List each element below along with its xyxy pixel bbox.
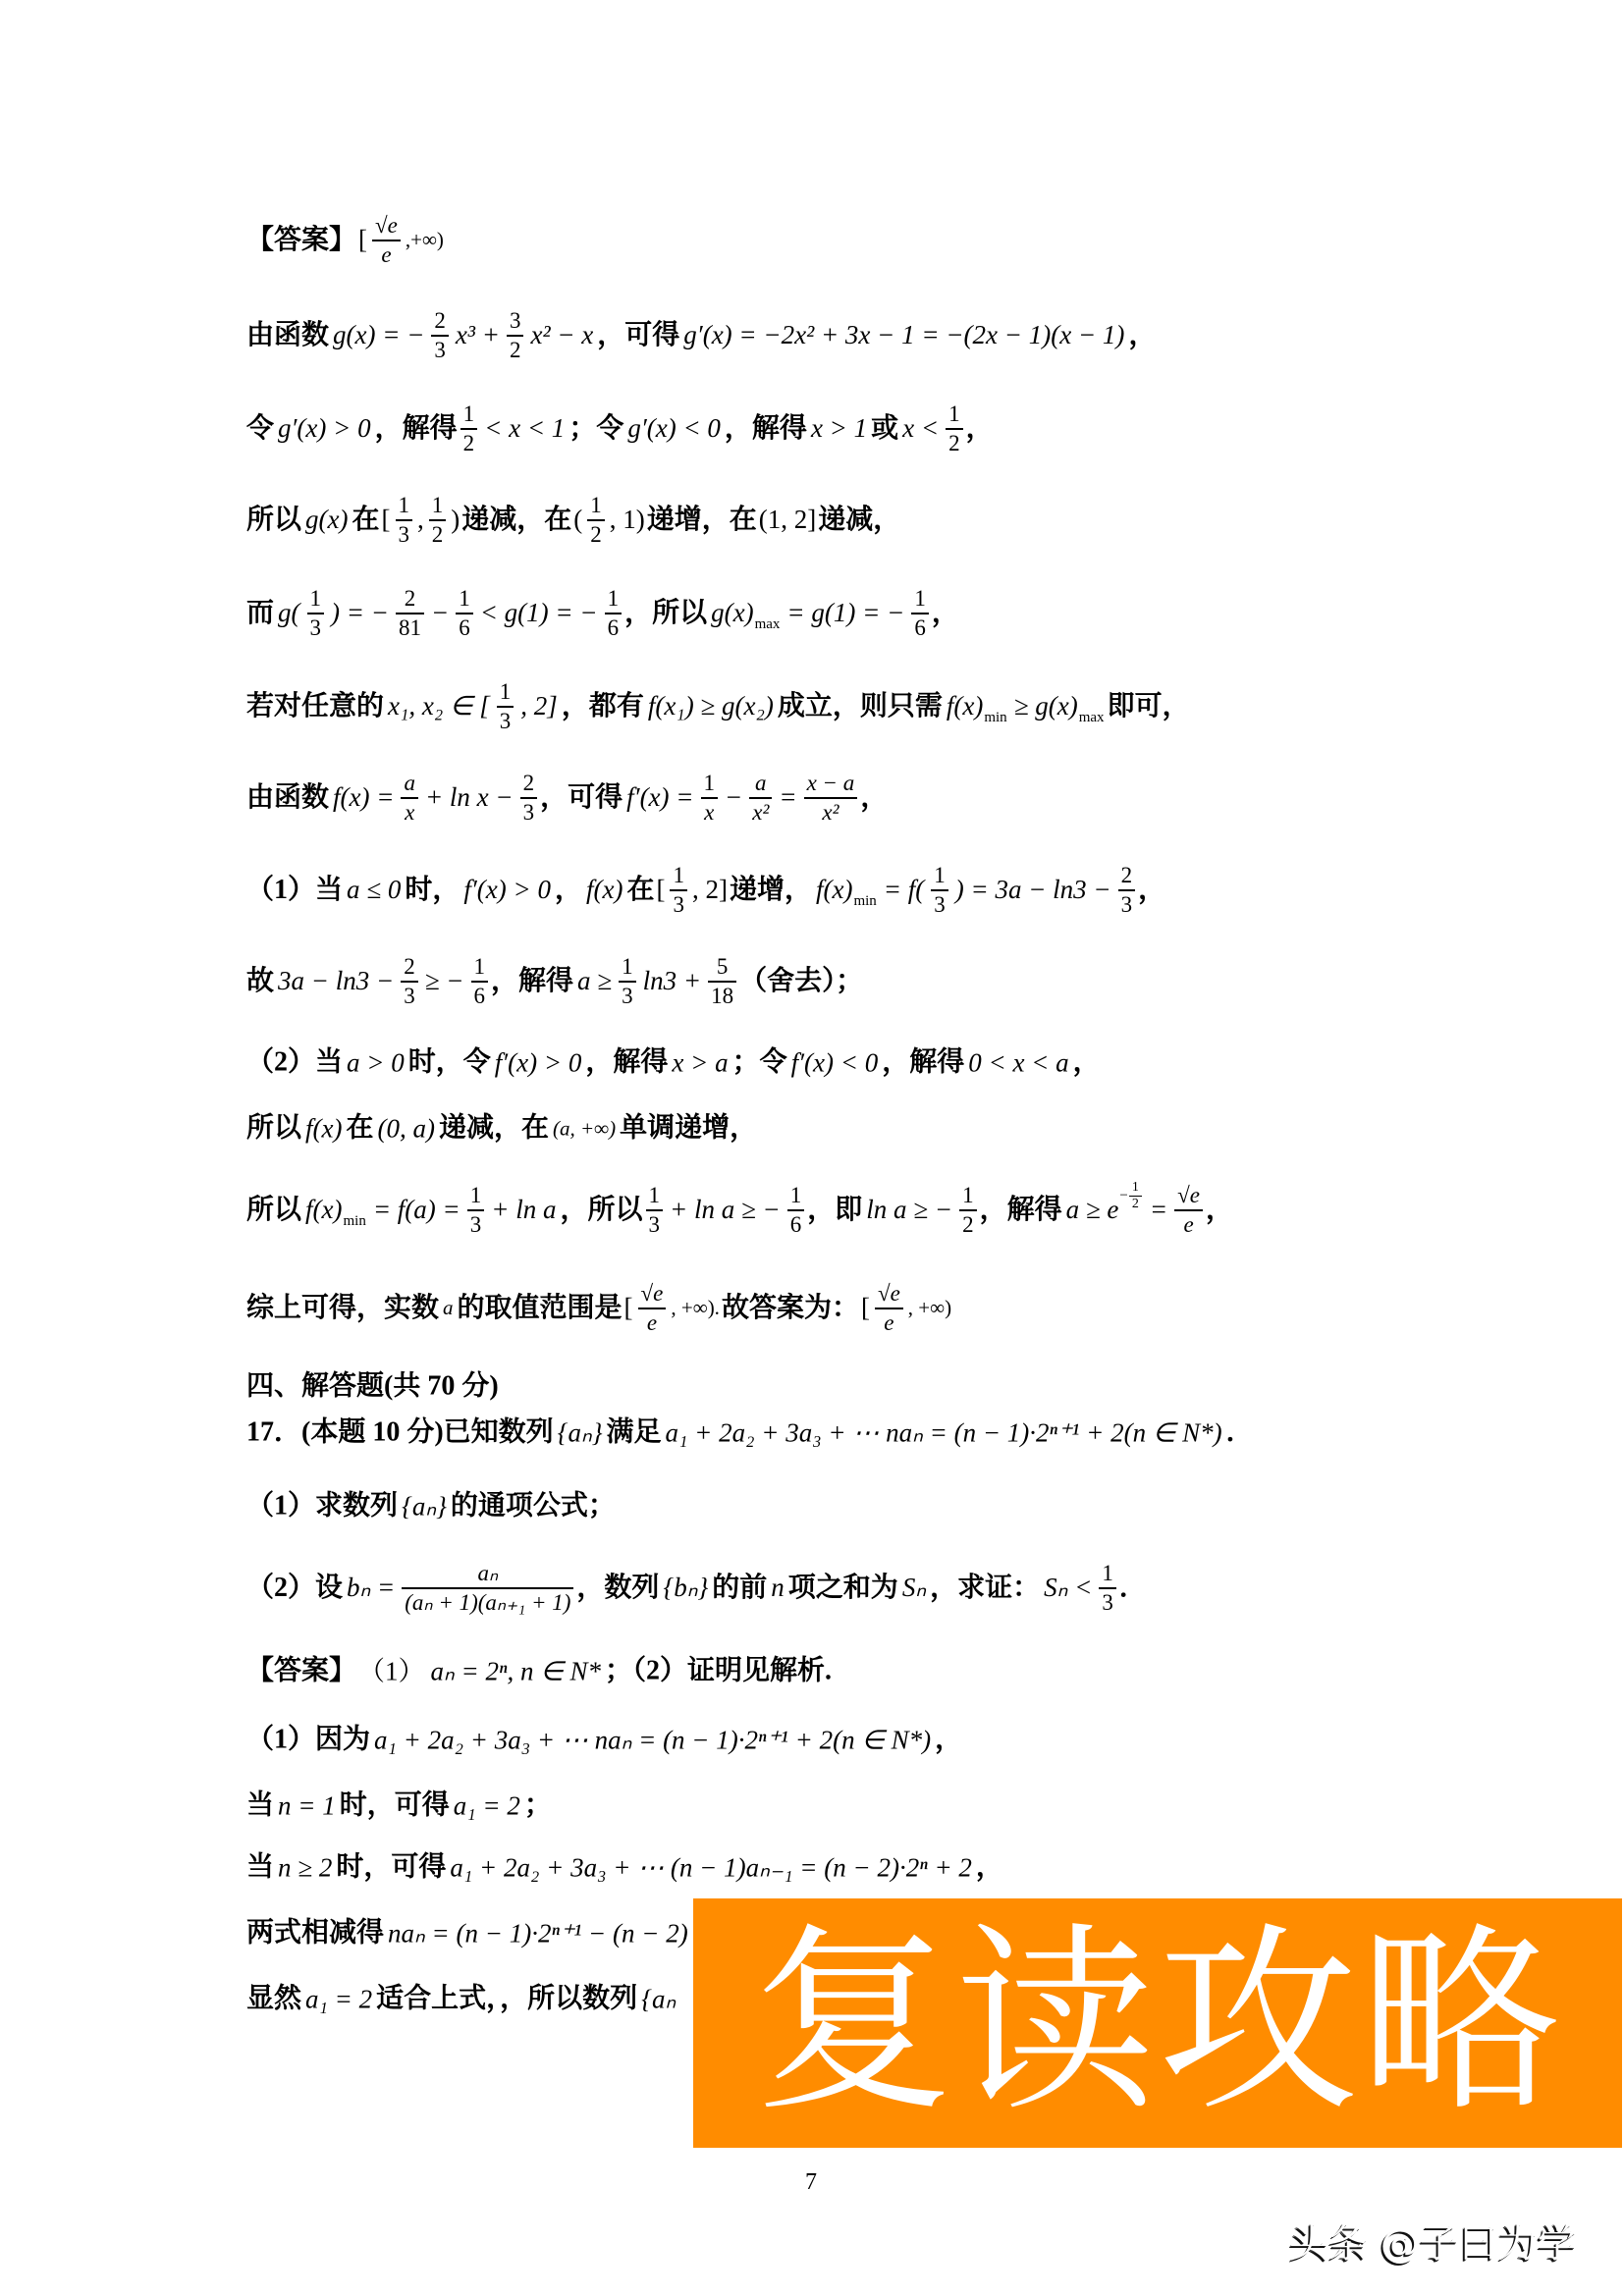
math-expression: − [725,783,742,813]
text-run: ， [1073,1048,1101,1079]
answer-label: 【答案】 [246,1657,356,1687]
fraction-numerator: √e [372,212,401,241]
math-expression: , 2] [692,876,728,905]
math-expression: f(x) [305,1114,342,1144]
text-run: 所以 [246,506,301,536]
fraction-numerator: 1 [701,770,719,799]
math-expression: , +∞). [671,1297,720,1319]
math-expression: (0, a) [378,1114,435,1144]
fraction-numerator: 3 [507,307,524,337]
text-run: ， [860,783,888,814]
text-line: 所以 f(x) 在 (0, a) 递减，在 (a, +∞) 单调递增， [246,1114,757,1145]
text-run: ， [1206,1196,1233,1226]
math-expression: 0 < x < a [968,1048,1068,1078]
fraction-denominator: 3 [670,891,687,919]
question-part-2: （2）设 bₙ = aₙ(aₙ + 1)(aₙ₊₁ + 1) ，数列 {bₙ} … [246,1560,1147,1617]
fraction-numerator: 1 [307,585,325,614]
fraction: √ee [1174,1182,1203,1239]
math-expression: n [771,1574,785,1603]
fraction-numerator: 1 [497,678,514,708]
fraction-numerator: 2 [431,307,449,337]
text-run: ；令 [568,414,623,445]
fraction: 12 [429,492,447,549]
text-line: 所以 f(x) min = f(a) = 13 + ln a ，所以 13 + … [246,1182,1233,1239]
fraction: 13 [670,862,687,919]
promo-banner: 复读攻略 [693,1898,1622,2148]
text-run: ， [1128,321,1156,351]
fraction-denominator: 2 [959,1211,977,1239]
fraction-denominator: 6 [456,614,473,642]
math-expression: , 1) [610,506,645,535]
fraction: √ee [372,212,401,269]
text-run: ，即 [807,1196,862,1226]
subscript: min [853,893,876,910]
math-expression: g( [278,599,300,628]
text-run: 时，可得 [336,1853,446,1884]
fraction: 13 [646,1182,664,1239]
math-expression: (1, 2] [759,506,816,535]
math-expression: (a, +∞) [553,1117,616,1140]
math-expression: + ln x − [425,783,514,813]
fraction-denominator: 3 [307,614,325,642]
text-line: 而 g( 13 ) = − 281 − 16 < g(1) = − 16 ，所以… [246,585,959,642]
fraction-numerator: 1 [959,1182,977,1211]
section-title: 四、解答题(共 70 分) [246,1372,499,1403]
fraction: 281 [396,585,424,642]
math-expression: f(x) [305,1196,342,1225]
text-run: 令 [246,414,274,445]
text-run: ，解得 [980,1196,1062,1226]
text-run: 的通项公式； [451,1492,616,1522]
fraction: 1x [701,770,719,827]
math-expression: aₙ = 2ⁿ, n ∈ N* [431,1657,602,1686]
math-expression: g′(x) < 0 [627,414,721,444]
math-expression: ≥ − [425,967,464,996]
text-line: 所以 g(x) 在 [ 13 , 12 ) 递减，在 ( 12 , 1) 递增，… [246,492,900,549]
fraction-denominator: x [701,799,719,827]
math-expression: a₁ = 2 [305,1985,372,2014]
fraction-numerator: 1 [931,862,948,891]
fraction-numerator: a [749,770,772,799]
math-expression: naₙ = (n − 1)·2ⁿ⁺¹ − (n − 2) [388,1919,688,1949]
document-page: 【答案】 [ √ee ,+∞) 由函数 g(x) = − 23 x³ + 32 … [0,0,1624,2296]
math-expression: g(x) [711,599,753,628]
math-expression: ( [573,506,582,535]
math-expression: < x < 1 [484,414,565,444]
fraction-denominator: e [875,1309,903,1337]
math-expression: + ln a [491,1196,556,1225]
math-expression: a ≤ 0 [347,876,401,905]
math-expression: a₁ = 2 [454,1791,520,1821]
text-run: 由函数 [246,783,329,814]
fraction-numerator: 2 [396,585,424,614]
text-run: 递减，在 [461,506,571,536]
text-run: 时，令 [408,1048,491,1079]
text-run: 或 [871,414,898,445]
text-run: 而 [246,599,274,629]
text-line: 显然 a₁ = 2 适合上式，，所以数列 {aₙ [246,1985,679,2015]
text-run: （2）设 [246,1574,343,1604]
text-run: 的取值范围是 [458,1294,623,1324]
math-expression: = g(1) = − [786,599,904,628]
fraction-numerator: 1 [670,862,687,891]
math-expression: x³ + [456,321,500,350]
fraction: 13 [497,678,514,735]
math-expression: f′(x) = [626,783,693,813]
text-run: ，解得 [585,1048,668,1079]
fraction: 12 [460,400,478,457]
subscript: min [984,710,1006,726]
fraction-denominator: 2 [429,521,447,549]
math-expression: n = 1 [278,1791,336,1821]
fraction: 16 [605,585,623,642]
fraction-denominator: e [1174,1211,1203,1239]
text-run: 两式相减得 [246,1919,384,1949]
math-expression: ) = − [331,599,389,628]
fraction-denominator: 3 [396,521,413,549]
math-expression: ≥ g(x) [1014,692,1078,721]
text-run: ，解得 [491,967,573,997]
math-expression: + ln a ≥ − [670,1196,781,1225]
text-run: ，求证： [930,1574,1040,1604]
fraction-denominator: 3 [467,1211,485,1239]
fraction-denominator: 6 [605,614,623,642]
math-expression: ) = 3a − ln3 − [955,876,1111,905]
fraction: 12 [959,1182,977,1239]
fraction-denominator: 2 [587,521,605,549]
text-run: 在 [626,876,654,906]
fraction-numerator: 1 [456,585,473,614]
text-run: ；（2）证明见解析. [605,1657,832,1687]
fraction-denominator: 3 [646,1211,664,1239]
math-expression: f′(x) > 0 [495,1048,582,1078]
text-run: 显然 [246,1985,301,2015]
math-expression: {aₙ} [558,1418,603,1448]
fraction-denominator: x² [804,799,858,827]
math-expression: x² − x [530,321,593,350]
fraction-denominator: 3 [931,891,948,919]
text-run: 在 [352,506,379,536]
text-run: 时，可得 [340,1791,450,1822]
text-run: 递减， [818,506,900,536]
math-expression: = [1150,1196,1167,1225]
subscript: max [755,616,781,633]
math-expression: n ≥ 2 [278,1853,332,1883]
math-expression: a₁ + 2a₂ + 3a₃ + ⋯ naₙ = (n − 1)·2ⁿ⁺¹ + … [374,1726,931,1755]
math-expression: − [431,599,449,628]
text-run: ，解得 [882,1048,964,1079]
text-run: ，解得 [375,414,458,445]
math-expression: f(x₁) ≥ g(x₂) [648,692,774,721]
text-run: ． [1119,1574,1147,1604]
math-expression: bₙ = [347,1574,395,1603]
fraction: √ee [875,1280,903,1337]
fraction-numerator: √e [638,1280,667,1309]
fraction: 12 [587,492,605,549]
fraction-denominator: 3 [1099,1589,1116,1617]
text-run: ， [555,876,582,906]
fraction-numerator: 1 [1099,1560,1116,1589]
fraction: ax² [749,770,772,827]
text-run: 若对任意的 [246,692,384,722]
text-line: 令 g′(x) > 0 ，解得 12 < x < 1 ；令 g′(x) < 0 … [246,400,994,457]
fraction: √ee [638,1280,667,1337]
text-run: 递增，在 [647,506,757,536]
fraction-numerator: 1 [787,1182,805,1211]
fraction: 12 [946,400,963,457]
text-run: 单调递增， [620,1114,757,1145]
fraction: 16 [787,1182,805,1239]
fraction: 16 [456,585,473,642]
fraction-denominator: 2 [1129,1197,1142,1212]
math-expression: = [779,783,796,813]
text-run: 综上可得，实数 [246,1294,439,1324]
math-expression: 3a − ln3 − [278,967,394,996]
fraction: 23 [431,307,449,364]
math-expression: Sₙ [902,1574,926,1603]
text-run: ；令 [732,1048,787,1079]
fraction: 16 [911,585,929,642]
text-run: ； [524,1791,552,1822]
math-expression: [ [656,876,665,905]
text-run: ，可得 [540,783,623,814]
fraction: 13 [396,492,413,549]
math-expression: x < [902,414,939,444]
text-run: ， [932,599,959,629]
math-expression: ,+∞) [406,229,444,251]
exponent-sign: − [1119,1188,1127,1204]
watermark: 头条 @子曰为学 [1289,2213,1577,2269]
math-expression: g(x) = − [333,321,424,350]
math-expression: ln a ≥ − [866,1196,952,1225]
math-expression: = f(a) = [373,1196,460,1225]
fraction-denominator: 3 [520,799,538,827]
fraction: 23 [1118,862,1136,919]
text-run: ， [976,1853,1003,1884]
text-line: 若对任意的 x₁, x₂ ∈ [ 13 , 2] ，都有 f(x₁) ≥ g(x… [246,678,1190,735]
fraction-denominator: 3 [619,983,636,1010]
fraction-denominator: 2 [460,430,478,457]
math-expression: [ [624,1294,633,1323]
math-expression: f(x) [586,876,623,905]
fraction: ax [401,770,418,827]
text-run: 故答案为： [722,1294,859,1324]
text-line: 两式相减得 naₙ = (n − 1)·2ⁿ⁺¹ − (n − 2) [246,1919,692,1949]
fraction: 16 [471,953,489,1010]
math-expression: （1） [358,1657,425,1686]
text-run: ，解得 [725,414,807,445]
fraction: 13 [619,953,636,1010]
text-run: ， [966,414,994,445]
fraction-numerator: 1 [471,953,489,983]
fraction-numerator: 1 [946,400,963,430]
fraction-denominator: 3 [1118,891,1136,919]
banner-text: 复读攻略 [753,1923,1562,2123]
text-run: 成立，则只需 [778,692,943,722]
fraction: 32 [507,307,524,364]
fraction-numerator: 1 [1129,1180,1142,1197]
subscript: min [343,1213,365,1230]
text-run: ，所以 [561,1196,643,1226]
math-expression: {bₙ} [663,1574,708,1603]
subscript: max [1079,710,1105,726]
math-expression: f(x) [816,876,852,905]
fraction: 13 [931,862,948,919]
fraction: 23 [520,770,538,827]
answer-line: 【答案】 [ √ee ,+∞) [246,212,446,269]
math-expression: = f( [884,876,924,905]
text-run: 即可， [1108,692,1190,722]
text-run: 当 [246,1791,274,1822]
fraction-denominator: x² [749,799,772,827]
math-expression: f′(x) < 0 [791,1048,879,1078]
math-expression: [ [382,506,391,535]
text-run: （2）当 [246,1048,343,1079]
text-run: ， [935,1726,962,1756]
fraction-numerator: 1 [911,585,929,614]
text-run: 递增， [730,876,812,906]
math-expression: f′(x) > 0 [463,876,551,905]
fraction-denominator: 6 [787,1211,805,1239]
fraction-denominator: 3 [431,337,449,364]
text-run: （1）求数列 [246,1492,398,1522]
text-run: ，可得 [597,321,679,351]
fraction: 12 [1129,1180,1142,1212]
fraction: x − ax² [804,770,858,827]
fraction: 23 [401,953,418,1010]
fraction: aₙ(aₙ + 1)(aₙ₊₁ + 1) [402,1560,573,1617]
text-run: 项之和为 [788,1574,898,1604]
math-expression: x > a [672,1048,728,1078]
math-expression: f(x) = [333,783,394,813]
math-expression: x₁, x₂ ∈ [ [388,692,490,721]
text-run: 当 [246,1853,274,1884]
section-heading: 四、解答题(共 70 分) [246,1372,499,1403]
fraction-numerator: 1 [646,1182,664,1211]
math-expression: [ [358,226,367,255]
fraction-numerator: 2 [520,770,538,799]
math-expression: g′(x) > 0 [278,414,371,444]
fraction-denominator: 6 [911,614,929,642]
text-run: 递减，在 [439,1114,549,1145]
text-run: （1）当 [246,876,343,906]
fraction-denominator: 3 [401,983,418,1010]
question-17: 17．(本题 10 分)已知数列 {aₙ} 满足 a₁ + 2a₂ + 3a₃ … [246,1418,1254,1449]
fraction-denominator: 81 [396,614,424,642]
question-stem: 17．(本题 10 分)已知数列 [246,1418,554,1449]
text-run: 由函数 [246,321,329,351]
text-line: 故 3a − ln3 − 23 ≥ − 16 ，解得 a ≥ 13 ln3 + … [246,953,863,1010]
text-run: 所以 [246,1114,301,1145]
fraction-numerator: 1 [429,492,447,521]
math-expression: f(x) [947,692,983,721]
fraction-denominator: 2 [946,430,963,457]
fraction-numerator: √e [1174,1182,1203,1211]
fraction-denominator: 18 [708,983,736,1010]
fraction: 13 [1099,1560,1116,1617]
fraction-numerator: a [401,770,418,799]
math-expression: ) [451,506,460,535]
fraction-numerator: 1 [605,585,623,614]
fraction-numerator: 1 [460,400,478,430]
fraction-numerator: 1 [396,492,413,521]
fraction-numerator: 1 [467,1182,485,1211]
text-line: （2）当 a > 0 时，令 f′(x) > 0 ，解得 x > a ；令 f′… [246,1048,1101,1079]
math-expression: a₁ + 2a₂ + 3a₃ + ⋯ naₙ = (n − 1)·2ⁿ⁺¹ + … [666,1418,1222,1448]
text-line: （1）当 a ≤ 0 时， f′(x) > 0 ， f(x) 在 [ 13 , … [246,862,1165,919]
text-run: ， [1138,876,1165,906]
math-expression: {aₙ [641,1985,676,2014]
text-run: ，数列 [576,1574,659,1604]
text-run: 时， [405,876,460,906]
fraction-denominator: 3 [497,708,514,735]
math-expression: [ [861,1294,870,1323]
answer-line: 【答案】 （1） aₙ = 2ⁿ, n ∈ N* ；（2）证明见解析. [246,1657,832,1687]
text-run: ，所以 [624,599,707,629]
text-line: 由函数 f(x) = ax + ln x − 23 ，可得 f′(x) = 1x… [246,770,888,827]
fraction-denominator: 6 [471,983,489,1010]
text-run: ，都有 [562,692,644,722]
text-run: 在 [346,1114,373,1145]
math-expression: a > 0 [347,1048,405,1078]
fraction-numerator: 2 [1118,862,1136,891]
fraction-denominator: e [372,241,401,269]
math-expression: g′(x) = −2x² + 3x − 1 = −(2x − 1)(x − 1) [683,321,1124,350]
text-run: 的前 [712,1574,767,1604]
exponent: −12 [1119,1180,1142,1212]
fraction-denominator: x [401,799,418,827]
math-expression: , [417,506,424,535]
page-number: 7 [805,2169,817,2196]
fraction-numerator: 5 [708,953,736,983]
fraction: 13 [467,1182,485,1239]
math-expression: < g(1) = − [480,599,598,628]
text-line: 当 n = 1 时，可得 a₁ = 2 ； [246,1791,552,1822]
fraction-numerator: 1 [619,953,636,983]
text-run: ． [1226,1418,1254,1449]
text-run: （1）因为 [246,1726,370,1756]
fraction-denominator: 2 [507,337,524,364]
math-expression: a [443,1297,454,1319]
text-line: 当 n ≥ 2 时，可得 a₁ + 2a₂ + 3a₃ + ⋯ (n − 1)a… [246,1853,1003,1884]
text-line: 综上可得，实数 a 的取值范围是 [ √ee , +∞). 故答案为： [ √e… [246,1280,953,1337]
text-line: 由函数 g(x) = − 23 x³ + 32 x² − x ，可得 g′(x)… [246,307,1156,364]
fraction-denominator: e [638,1309,667,1337]
fraction: 518 [708,953,736,1010]
math-expression: a ≥ e [1066,1196,1119,1225]
fraction-numerator: 1 [587,492,605,521]
text-run: 所以 [246,1196,301,1226]
math-expression: {aₙ} [402,1492,447,1522]
text-run: 适合上式，，所以数列 [376,1985,637,2015]
math-expression: x > 1 [811,414,867,444]
answer-label: 【答案】 [246,226,356,256]
math-expression: , 2] [520,692,558,721]
text-run: （舍去）； [739,967,863,997]
text-run: 满足 [607,1418,662,1449]
math-expression: , +∞) [908,1297,951,1319]
text-run: 故 [246,967,274,997]
question-part-1: （1）求数列 {aₙ} 的通项公式； [246,1492,616,1522]
fraction-numerator: 2 [401,953,418,983]
math-expression: ln3 + [643,967,701,996]
fraction-numerator: √e [875,1280,903,1309]
text-line: （1）因为 a₁ + 2a₂ + 3a₃ + ⋯ naₙ = (n − 1)·2… [246,1726,962,1756]
fraction-numerator: x − a [804,770,858,799]
fraction: 13 [307,585,325,642]
math-expression: a₁ + 2a₂ + 3a₃ + ⋯ (n − 1)aₙ₋₁ = (n − 2)… [450,1853,972,1883]
math-expression: Sₙ < [1044,1574,1092,1603]
